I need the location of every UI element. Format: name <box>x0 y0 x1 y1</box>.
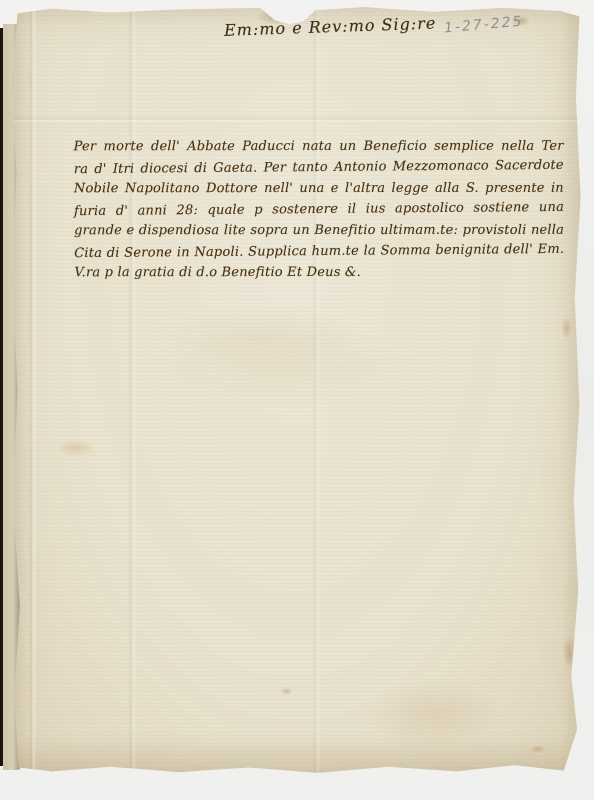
crease-line-horizontal <box>6 116 584 123</box>
manuscript-line: V.ra p la gratia di d.o Benefitio Et Deu… <box>74 262 564 283</box>
manuscript-body: Per morte dell' Abbate Paducci nata un B… <box>74 135 565 285</box>
manuscript-line: Cita di Serone in Napoli. Supplica hum.t… <box>74 239 564 264</box>
paper-sheet: Em:mo e Rev:mo Sig:re 1-27-225 Per morte… <box>6 4 584 776</box>
manuscript-line: Per morte dell' Abbate Paducci nata un B… <box>74 136 564 157</box>
manuscript-line: furia d' anni 28: quale p sostenere il i… <box>74 197 564 222</box>
manuscript-line: ra d' Itri diocesi di Gaeta. Per tanto A… <box>74 155 564 180</box>
manuscript-line: Nobile Napolitano Dottore nell' una e l'… <box>74 178 564 199</box>
manuscript-scan: Em:mo e Rev:mo Sig:re 1-27-225 Per morte… <box>0 0 594 800</box>
manuscript-line: grande e dispendiosa lite sopra un Benef… <box>74 220 564 241</box>
